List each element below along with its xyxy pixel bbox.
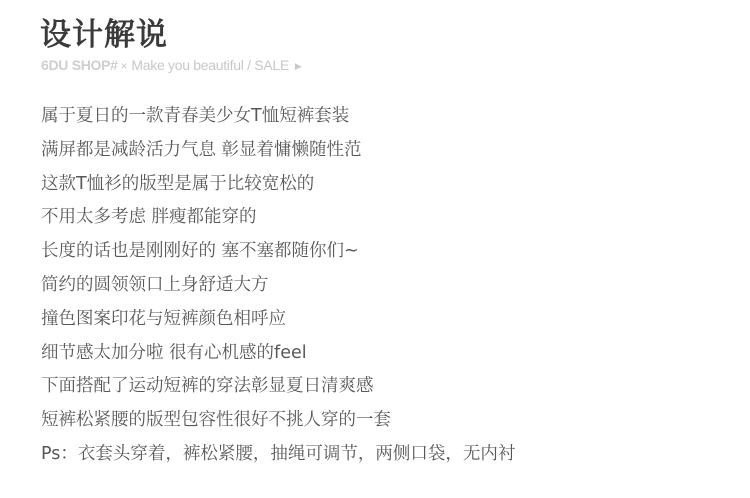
description-line: 下面搭配了运动短裤的穿法彰显夏日清爽感 bbox=[41, 374, 515, 408]
description-line: Ps：衣套头穿着，裤松紧腰，抽绳可调节，两侧口袋，无内衬 bbox=[41, 442, 515, 476]
tagline: Make you beautiful / SALE bbox=[131, 57, 289, 73]
description-line: 短裤松紧腰的版型包容性很好不挑人穿的一套 bbox=[41, 408, 515, 442]
description-line: 满屏都是减龄活力气息 彰显着慵懒随性范 bbox=[41, 138, 515, 172]
description-line: 长度的话也是刚刚好的 塞不塞都随你们~ bbox=[41, 239, 515, 273]
description-line: 撞色图案印花与短裤颜色相呼应 bbox=[41, 307, 515, 341]
description-line: 属于夏日的一款青春美少女T恤短裤套装 bbox=[41, 104, 515, 138]
description-line: 简约的圆领领口上身舒适大方 bbox=[41, 273, 515, 307]
description-list: 属于夏日的一款青春美少女T恤短裤套装 满屏都是减龄活力气息 彰显着慵懒随性范 这… bbox=[41, 104, 515, 476]
separator-icon: × bbox=[121, 59, 128, 73]
description-line: 细节感太加分啦 很有心机感的feel bbox=[41, 341, 515, 375]
description-line: 不用太多考虑 胖瘦都能穿的 bbox=[41, 205, 515, 239]
description-line: 这款T恤衫的版型是属于比较宽松的 bbox=[41, 172, 515, 206]
play-arrow-icon: ▶ bbox=[295, 61, 302, 71]
section-subtitle: 6DU SHOP#×Make you beautiful / SALE▶ bbox=[41, 56, 302, 75]
shop-name: 6DU SHOP# bbox=[41, 57, 118, 73]
section-title: 设计解说 bbox=[40, 16, 168, 54]
